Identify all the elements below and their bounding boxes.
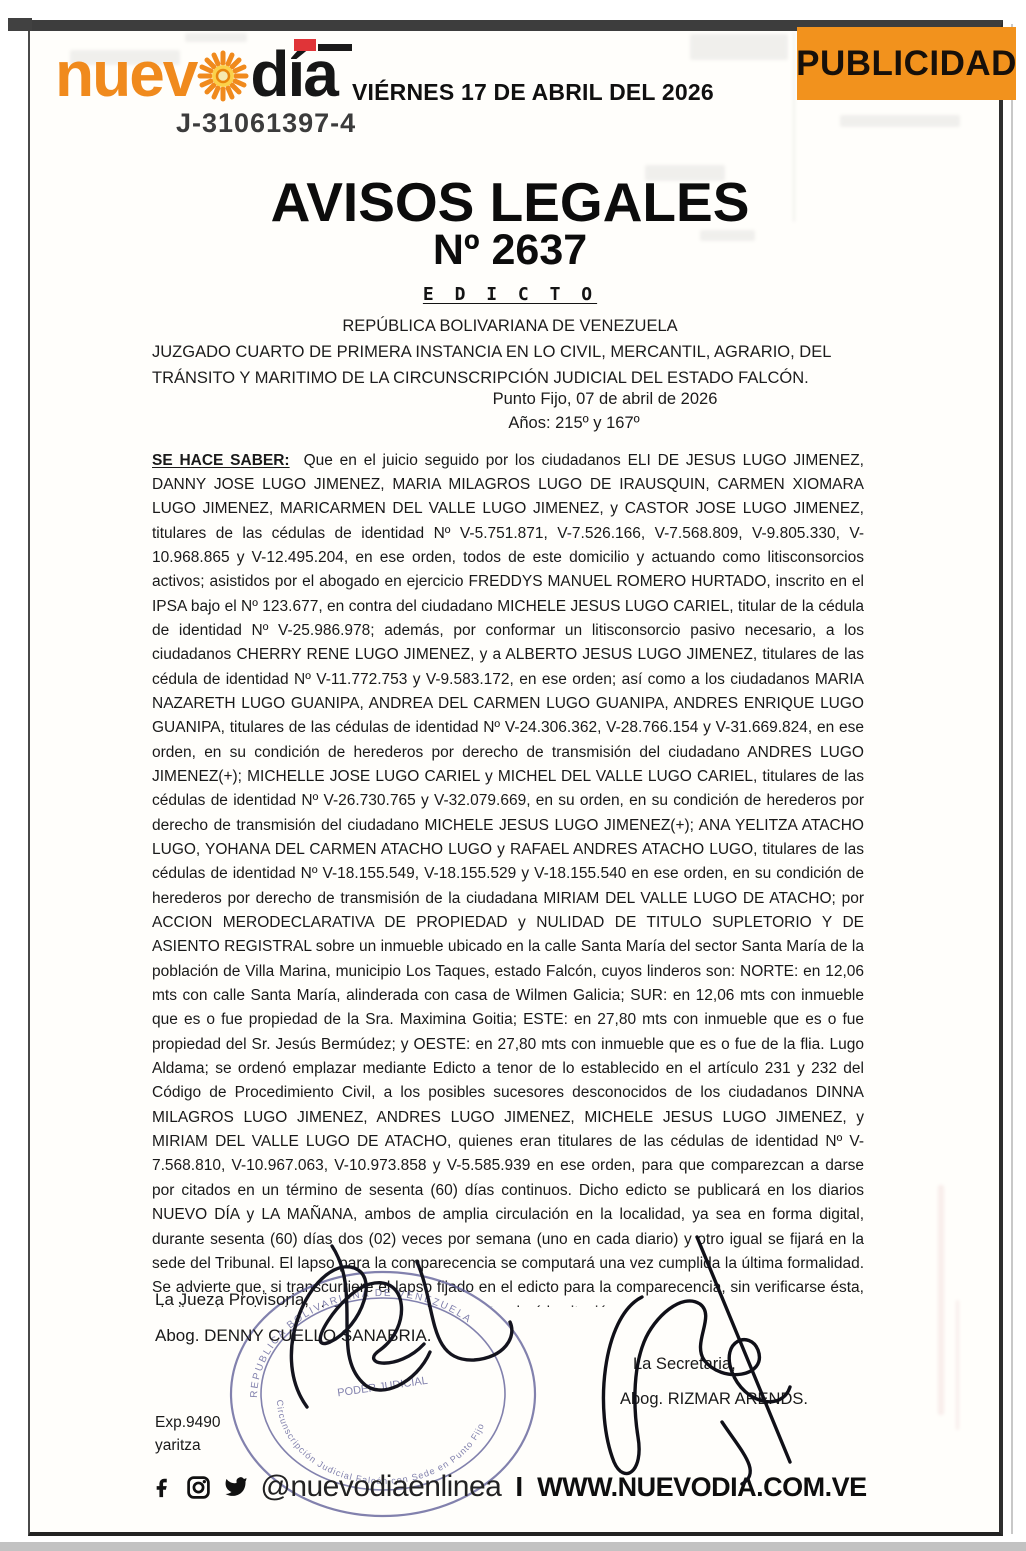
scan-artifact — [840, 115, 960, 127]
logo-black-accent — [318, 44, 352, 51]
logo-red-accent — [294, 39, 316, 51]
scan-edge-line — [1011, 24, 1013, 1534]
social-handle: @nuevodiaenlinea — [260, 1470, 501, 1504]
judge-signature — [212, 1232, 557, 1437]
twitter-icon — [222, 1475, 249, 1499]
facebook-icon — [153, 1474, 175, 1500]
page-title: AVISOS LEGALES — [150, 170, 870, 234]
scan-artifact — [690, 34, 788, 60]
scan-bottom-strip — [0, 1542, 1026, 1551]
logo-text-dia: día — [250, 38, 336, 110]
se-hace-saber-label: SE HACE SABER: — [152, 452, 290, 469]
expedient-number: Exp.9490 — [155, 1414, 221, 1432]
scan-artifact — [956, 1300, 959, 1430]
place-date-line: Punto Fijo, 07 de abril de 2026 — [150, 390, 870, 409]
scan-artifact — [938, 1185, 944, 1415]
sun-icon — [197, 50, 249, 102]
logo-registration-number: J-31061397-4 — [176, 108, 356, 139]
court-name: JUZGADO CUARTO DE PRIMERA INSTANCIA EN L… — [152, 340, 868, 391]
edicto-body: SE HACE SABER:Que en el juicio seguido p… — [152, 449, 864, 1307]
edicto-heading: E D I C T O — [150, 284, 870, 305]
scan-artifact — [8, 18, 32, 31]
footer-separator: I — [515, 1471, 523, 1503]
clerk-initials: yaritza — [155, 1437, 201, 1455]
secretary-signature — [572, 1222, 817, 1502]
edicto-body-text: Que en el juicio seguido por los ciudada… — [152, 452, 864, 1307]
edition-date: VIÉRNES 17 DE ABRIL DEL 2026 — [352, 79, 714, 106]
logo-text-nuev: nuev — [55, 38, 196, 110]
nuevodia-logo: nuev día — [55, 34, 337, 114]
instagram-icon — [186, 1475, 211, 1500]
years-line: Años: 215º y 167º — [150, 414, 870, 433]
notice-number: Nº 2637 — [150, 226, 870, 275]
republic-line: REPÚBLICA BOLIVARIANA DE VENEZUELA — [150, 317, 870, 336]
publicidad-badge: PUBLICIDAD — [797, 27, 1016, 100]
